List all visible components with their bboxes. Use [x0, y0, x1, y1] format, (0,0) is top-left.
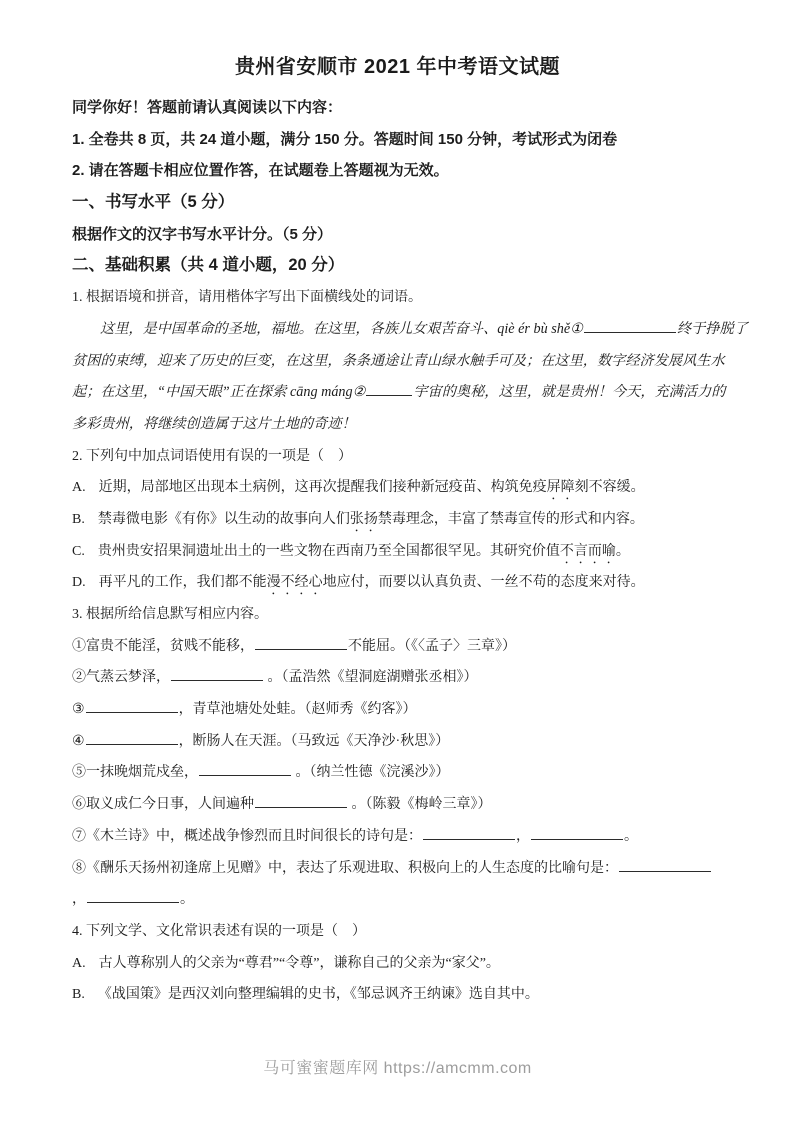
- fill-in-blank: [171, 675, 263, 681]
- notice-greeting: 同学你好！答题前请认真阅读以下内容：: [72, 92, 723, 124]
- passage-line-3: 起；在这里，“中国天眼”正在探索 cāng máng②宇宙的奥秘，这里，就是贵州…: [72, 377, 723, 409]
- text-segment: 地应付，而要以认真负责、一丝不苟的态度来对待。: [323, 575, 645, 590]
- text-segment: 贫困的束缚，迎来了历史的巨变，在这里，条条通途让青山绿水触手可及；在这里，数字经…: [72, 353, 725, 369]
- question-4-option-b: B.《战国策》是西汉刘向整理编辑的史书，《邹忌讽齐王纳谏》选自其中。: [72, 979, 723, 1011]
- text-segment: 1. 全卷共 8 页，共 24 道小题，满分 150 分。答题时间 150 分钟…: [72, 131, 617, 148]
- fill-in-blank: [255, 644, 347, 650]
- notice-item-1: 1. 全卷共 8 页，共 24 道小题，满分 150 分。答题时间 150 分钟…: [72, 124, 723, 156]
- text-segment: 。: [624, 829, 638, 844]
- text-segment: 1. 根据语境和拼音，请用楷体字写出下面横线处的词语。: [72, 290, 422, 305]
- q3-item-3: ③，青草池塘处处蛙。（赵师秀《约客》）: [72, 694, 723, 726]
- text-segment: ⑦《木兰诗》中，概述战争惨烈而且时间很长的诗句是：: [72, 829, 422, 844]
- text-segment: 根据作文的汉字书写水平计分。（5 分）: [72, 226, 332, 243]
- section-1-heading: 一、书写水平（5 分）: [72, 187, 723, 219]
- text-segment: 多彩贵州，将继续创造属于这片土地的奇迹！: [72, 416, 356, 432]
- text-segment: 终于挣脱了: [677, 321, 748, 337]
- text-segment: 这里，是中国革命的圣地，福地。在这里，各族儿女艰苦奋斗、qiè ér bù sh…: [100, 321, 583, 337]
- text-segment: ③: [72, 702, 85, 717]
- option-label: A.: [72, 472, 86, 504]
- question-2-option-c: C.贵州贵安招果洞遗址出土的一些文物在西南乃至全国都很罕见。其研究价值不言而喻。: [72, 536, 723, 568]
- passage-line-2: 贫困的束缚，迎来了历史的巨变，在这里，条条通途让青山绿水触手可及；在这里，数字经…: [72, 346, 723, 378]
- option-label: A.: [72, 948, 86, 980]
- text-segment: ①富贵不能淫，贫贱不能移，: [72, 639, 254, 654]
- fill-in-blank: [423, 834, 515, 840]
- text-segment: 禁毒微电影《有你》以生动的故事向人们: [98, 512, 350, 527]
- fill-in-blank: [619, 866, 711, 872]
- text-segment: ，: [72, 892, 86, 907]
- q3-item-5: ⑤一抹晚烟荒戍垒， 。（纳兰性德《浣溪沙》）: [72, 757, 723, 789]
- text-segment: 刻不容缓。: [575, 480, 645, 495]
- fill-in-blank: [86, 707, 178, 713]
- text-segment: 。（孟浩然《望洞庭湖赠张丞相》）: [264, 670, 478, 685]
- text-segment: 《战国策》是西汉刘向整理编辑的史书，《邹忌讽齐王纳谏》选自其中。: [98, 987, 539, 1002]
- exam-page: 贵州省安顺市 2021 年中考语文试题 同学你好！答题前请认真阅读以下内容：1.…: [0, 0, 793, 1078]
- exam-title: 贵州省安顺市 2021 年中考语文试题: [72, 50, 723, 84]
- text-segment: 4. 下列文学、文化常识表述有误的一项是（ ）: [72, 924, 366, 939]
- option-label: C.: [72, 536, 85, 568]
- question-2-option-d: D.再平凡的工作，我们都不能漫不经心地应付，而要以认真负责、一丝不苟的态度来对待…: [72, 567, 723, 599]
- q3-item-8-line-2: ，。: [72, 884, 723, 916]
- question-4-option-a: A.古人尊称别人的父亲为“尊君”“令尊”，谦称自己的父亲为“家父”。: [72, 948, 723, 980]
- text-segment: 近期，局部地区出现本土病例，这再次提醒我们接种新冠疫苗、构筑免疫: [99, 480, 547, 495]
- passage-line-1: 这里，是中国革命的圣地，福地。在这里，各族儿女艰苦奋斗、qiè ér bù sh…: [72, 314, 723, 346]
- text-segment: 。（陈毅《梅岭三章》）: [348, 797, 492, 812]
- question-4-stem: 4. 下列文学、文化常识表述有误的一项是（ ）: [72, 916, 723, 948]
- text-segment: 古人尊称别人的父亲为“尊君”“令尊”，谦称自己的父亲为“家父”。: [99, 956, 500, 971]
- text-segment: 再平凡的工作，我们都不能: [99, 575, 267, 590]
- q3-item-7: ⑦《木兰诗》中，概述战争惨烈而且时间很长的诗句是：，。: [72, 821, 723, 853]
- passage-line-4: 多彩贵州，将继续创造属于这片土地的奇迹！: [72, 409, 723, 441]
- text-segment: 一、书写水平（5 分）: [72, 193, 234, 211]
- text-segment: 同学你好！答题前请认真阅读以下内容：: [72, 99, 342, 116]
- section-2-heading: 二、基础积累（共 4 道小题，20 分）: [72, 250, 723, 282]
- q3-item-1: ①富贵不能淫，贫贱不能移，不能屈。（《〈孟子〉三章》）: [72, 631, 723, 663]
- text-segment: 2. 下列句中加点词语使用有误的一项是（ ）: [72, 449, 352, 464]
- text-segment: 二、基础积累（共 4 道小题，20 分）: [72, 256, 344, 274]
- text-segment: 不能屈。（《〈孟子〉三章》）: [348, 639, 516, 654]
- text-segment: 2. 请在答题卡相应位置作答，在试题卷上答题视为无效。: [72, 162, 449, 179]
- emphasized-word: 不言而喻: [560, 544, 616, 559]
- text-segment: ⑧《酬乐天扬州初逢席上见赠》中，表达了乐观进取、积极向上的人生态度的比喻句是：: [72, 861, 618, 876]
- text-segment: 。: [616, 544, 630, 559]
- emphasized-word: 漫不经心: [267, 575, 323, 590]
- q3-item-2: ②气蒸云梦泽， 。（孟浩然《望洞庭湖赠张丞相》）: [72, 662, 723, 694]
- question-3-stem: 3. 根据所给信息默写相应内容。: [72, 599, 723, 631]
- exam-body: 同学你好！答题前请认真阅读以下内容：1. 全卷共 8 页，共 24 道小题，满分…: [72, 92, 723, 1011]
- option-label: B.: [72, 504, 85, 536]
- text-segment: ，: [516, 829, 530, 844]
- emphasized-word: 张扬: [350, 512, 378, 527]
- text-segment: 。（纳兰性德《浣溪沙》）: [292, 765, 450, 780]
- option-label: B.: [72, 979, 85, 1011]
- fill-in-blank: [199, 770, 291, 776]
- section-1-body: 根据作文的汉字书写水平计分。（5 分）: [72, 219, 723, 251]
- text-segment: ②气蒸云梦泽，: [72, 670, 170, 685]
- question-2-option-a: A.近期，局部地区出现本土病例，这再次提醒我们接种新冠疫苗、构筑免疫屏障刻不容缓…: [72, 472, 723, 504]
- q3-item-6: ⑥取义成仁今日事，人间遍种 。（陈毅《梅岭三章》）: [72, 789, 723, 821]
- text-segment: 。: [180, 892, 194, 907]
- notice-item-2: 2. 请在答题卡相应位置作答，在试题卷上答题视为无效。: [72, 155, 723, 187]
- question-2-stem: 2. 下列句中加点词语使用有误的一项是（ ）: [72, 441, 723, 473]
- text-segment: 宇宙的奥秘，这里，就是贵州！今天，充满活力的: [413, 384, 725, 400]
- q3-item-4: ④，断肠人在天涯。（马致远《天净沙·秋思》）: [72, 726, 723, 758]
- fill-in-blank: [87, 897, 179, 903]
- text-segment: 贵州贵安招果洞遗址出土的一些文物在西南乃至全国都很罕见。其研究价值: [98, 544, 560, 559]
- option-label: D.: [72, 567, 86, 599]
- fill-in-blank: [531, 834, 623, 840]
- question-2-option-b: B.禁毒微电影《有你》以生动的故事向人们张扬禁毒理念，丰富了禁毒宣传的形式和内容…: [72, 504, 723, 536]
- watermark-footer: 马可蜜蜜题库网 https://amcmm.com: [72, 1055, 723, 1078]
- text-segment: 起；在这里，“中国天眼”正在探索 cāng máng②: [72, 384, 365, 400]
- fill-in-blank: [584, 327, 676, 333]
- question-1-stem: 1. 根据语境和拼音，请用楷体字写出下面横线处的词语。: [72, 282, 723, 314]
- text-segment: 禁毒理念，丰富了禁毒宣传的形式和内容。: [378, 512, 644, 527]
- text-segment: ，断肠人在天涯。（马致远《天净沙·秋思》）: [179, 734, 450, 749]
- q3-item-8-line-1: ⑧《酬乐天扬州初逢席上见赠》中，表达了乐观进取、积极向上的人生态度的比喻句是：: [72, 853, 723, 885]
- fill-in-blank: [255, 802, 347, 808]
- fill-in-blank: [86, 739, 178, 745]
- text-segment: ⑥取义成仁今日事，人间遍种: [72, 797, 254, 812]
- text-segment: ④: [72, 734, 85, 749]
- emphasized-word: 屏障: [547, 480, 575, 495]
- text-segment: 3. 根据所给信息默写相应内容。: [72, 607, 268, 622]
- text-segment: ，青草池塘处处蛙。（赵师秀《约客》）: [179, 702, 417, 717]
- fill-in-blank: [366, 390, 412, 396]
- text-segment: ⑤一抹晚烟荒戍垒，: [72, 765, 198, 780]
